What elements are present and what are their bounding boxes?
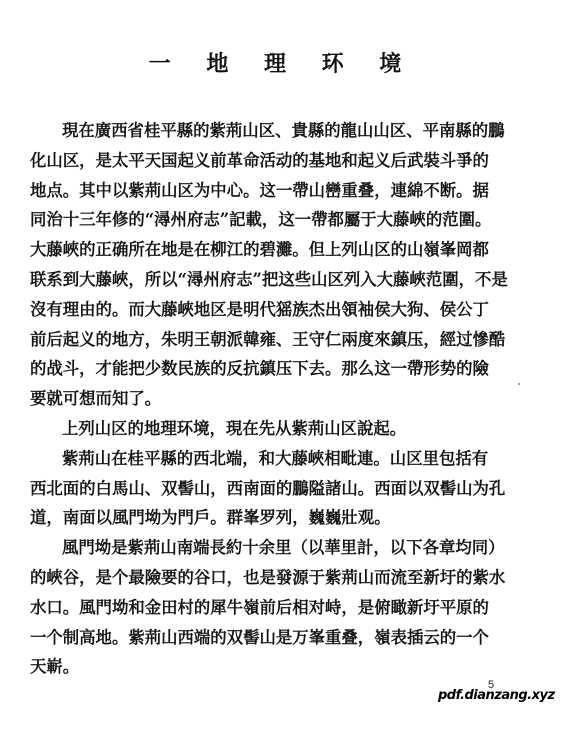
document-page: 一 地 理 环 境 現在廣西省桂平縣的紫荊山区、貴縣的龍山山区、平南縣的鵬 化山… <box>0 0 564 733</box>
text-line: 大藤峽的正确所在地是在柳江的碧灘。但上列山区的山嶺峯岡都 <box>30 235 522 265</box>
text-line: 現在廣西省桂平縣的紫荊山区、貴縣的龍山山区、平南縣的鵬 <box>30 116 522 146</box>
scan-speck <box>518 383 520 385</box>
body-text: 現在廣西省桂平縣的紫荊山区、貴縣的龍山山区、平南縣的鵬 化山区，是太平天国起义前… <box>30 116 522 682</box>
text-line: 天嶄。 <box>30 652 522 682</box>
text-line: 地点。其中以紫荊山区为中心。这一帶山巒重叠，連綿不断。据 <box>30 176 522 206</box>
text-line: 紫荊山在桂平縣的西北端，和大藤峽相毗連。山区里包括有 <box>30 444 522 474</box>
text-line: 前后起义的地方，朱明王朝派韓雍、王守仁兩度來鎮压，經过慘酷 <box>30 325 522 355</box>
text-line: 道，南面以風門坳为門戶。群峯罗列，巍巍壯观。 <box>30 503 522 533</box>
text-line: 同治十三年修的“潯州府志”記載，这一帶都屬于大藤峽的范圍。 <box>30 205 522 235</box>
text-line: 的峽谷，是个最險要的谷口，也是發源于紫荊山而流至新圩的紫水 <box>30 563 522 593</box>
chapter-title: 一 地 理 环 境 <box>0 47 564 78</box>
text-line: 西北面的白馬山、双髻山，西南面的鵬隘諸山。西面以双髻山为孔 <box>30 474 522 504</box>
text-line: 上列山区的地理环境，現在先从紫荊山区說起。 <box>30 414 522 444</box>
watermark: pdf.dianzang.xyz <box>438 688 555 703</box>
text-line: 一个制高地。紫荊山西端的双髻山是万峯重叠，嶺表插云的一个 <box>30 623 522 653</box>
text-line: 水口。風門坳和金田村的犀牛嶺前后相对峙，是俯瞰新圩平原的 <box>30 593 522 623</box>
text-line: 联系到大藤峽，所以“潯州府志”把这些山区列入大藤峽范圍，不是 <box>30 265 522 295</box>
text-line: 風門坳是紫荊山南端長約十余里（以華里計，以下各章均同） <box>30 533 522 563</box>
text-line: 化山区，是太平天国起义前革命活动的基地和起义后武裝斗爭的 <box>30 146 522 176</box>
text-line: 要就可想而知了。 <box>30 384 522 414</box>
text-line: 的战斗，才能把少数民族的反抗鎮压下去。那么这一帶形势的險 <box>30 354 522 384</box>
text-line: 沒有理由的。而大藤峽地区是明代猺族杰出領袖侯大狗、侯公丁 <box>30 295 522 325</box>
